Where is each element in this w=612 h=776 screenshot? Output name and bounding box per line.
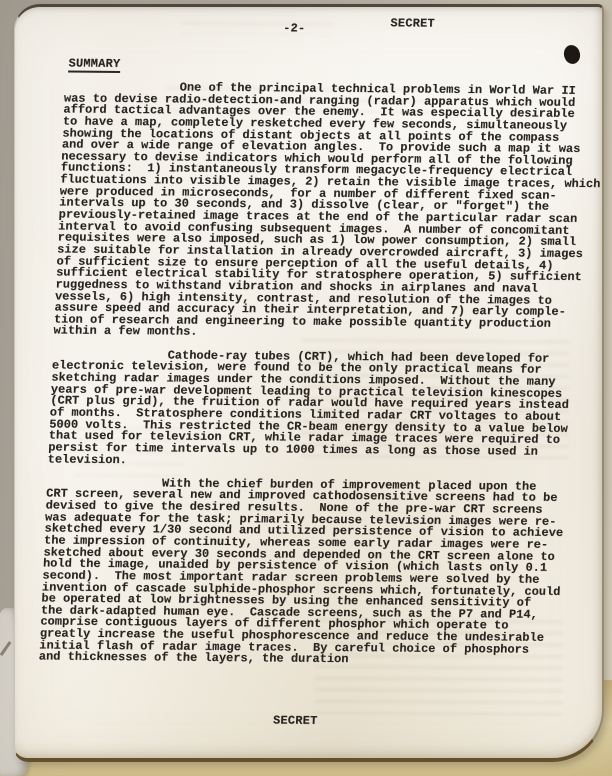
section-heading: SUMMARY [68,57,120,72]
body-text: One of the principal technical problems … [0,81,612,669]
paragraph: Cathode-ray tubes (CRT), which had been … [47,349,612,471]
scanned-document-photo: -2- SECRET SUMMARY One of the principal … [0,0,612,776]
classification-footer: SECRET [273,715,318,727]
classification-header: SECRET [390,17,435,29]
document-page: -2- SECRET SUMMARY One of the principal … [14,4,604,762]
paragraph: With the chief burden of improvement pla… [38,477,612,668]
paragraph: One of the principal technical problems … [53,81,612,342]
page-number: -2- [283,22,306,34]
typed-layer: -2- SECRET SUMMARY One of the principal … [0,7,602,763]
